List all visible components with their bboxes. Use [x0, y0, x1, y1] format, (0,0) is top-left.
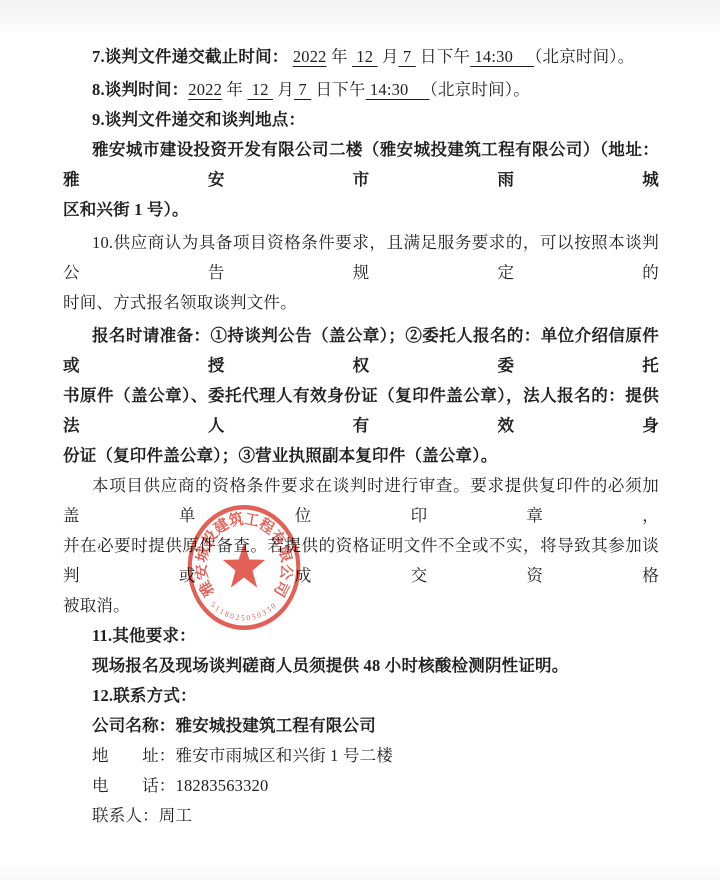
text-segment: 并在必要时提供原件备查。若提供的资格证明文件不全或不实，将导致其参加谈判或成交资… — [63, 536, 659, 585]
text-segment: 份证（复印件盖公章）；③营业执照副本复印件（盖公章）。 — [63, 446, 497, 465]
text-segment: 2022 — [188, 80, 222, 99]
text-segment: 12 — [352, 47, 378, 66]
review-line-3: 被取消。 — [63, 591, 659, 621]
phone-line: 电 话：18283563320 — [63, 771, 659, 801]
text-segment: 10.供应商认为具备项目资格条件要求，且满足服务要求的，可以按照本谈判公告规定的 — [63, 233, 659, 282]
text-segment: 现场报名及现场谈判磋商人员须提供 48 小时核酸检测阴性证明。 — [92, 656, 568, 675]
text-segment: 7 — [294, 80, 311, 99]
text-segment: （北京时间）。 — [430, 80, 530, 99]
text-segment: 9.谈判文件递交和谈判地点： — [92, 110, 305, 129]
text-segment: 报名时请准备：①持谈判公告（盖公章）；②委托人报名的：单位介绍信原件或授权委托 — [63, 326, 659, 375]
company-name-line: 公司名称：雅安城投建筑工程有限公司 — [63, 711, 659, 741]
text-segment: 被取消。 — [63, 596, 130, 615]
item-10-line-2: 时间、方式报名领取谈判文件。 — [63, 288, 659, 318]
text-segment: 日下午 — [416, 47, 470, 66]
item-7: 7.谈判文件递交截止时间： 2022 年 12 月 7 日下午 14:30 （北… — [63, 42, 659, 72]
text-segment: 年 — [222, 80, 247, 99]
text-segment: 区和兴街 1 号）。 — [63, 200, 189, 219]
signup-line-3: 份证（复印件盖公章）；③营业执照副本复印件（盖公章）。 — [63, 441, 659, 471]
signup-line-1: 报名时请准备：①持谈判公告（盖公章）；②委托人报名的：单位介绍信原件或授权委托 — [63, 321, 659, 381]
item-12: 12.联系方式： — [63, 681, 659, 711]
text-segment: 公司名称：雅安城投建筑工程有限公司 — [92, 716, 376, 735]
text-segment: 8.谈判时间： — [92, 80, 188, 99]
text-segment: 7 — [399, 47, 416, 66]
text-segment: 本项目供应商的资格条件要求在谈判时进行审查。要求提供复印件的必须加盖单位印章， — [63, 476, 659, 525]
text-segment: 电 话：18283563320 — [92, 776, 268, 795]
location-line-1: 雅安城市建设投资开发有限公司二楼（雅安城投建筑工程有限公司）（地址：雅安市雨城 — [63, 135, 659, 195]
scan-shading-bottom — [0, 862, 720, 880]
item-8: 8.谈判时间：2022 年 12 月 7 日下午 14:30 （北京时间）。 — [63, 75, 659, 105]
text-segment: 雅安城市建设投资开发有限公司二楼（雅安城投建筑工程有限公司）（地址：雅安市雨城 — [63, 140, 659, 189]
text-segment: 时间、方式报名领取谈判文件。 — [63, 293, 297, 312]
text-segment: 书原件（盖公章）、委托代理人有效身份证（复印件盖公章），法人报名的：提供法人有效… — [63, 386, 659, 435]
review-line-2: 并在必要时提供原件备查。若提供的资格证明文件不全或不实，将导致其参加谈判或成交资… — [63, 531, 659, 591]
text-segment: 7.谈判文件递交截止时间： — [92, 47, 293, 66]
text-segment: 月 — [273, 80, 294, 99]
location-line-2: 区和兴街 1 号）。 — [63, 195, 659, 225]
text-segment: 14:30 — [470, 47, 534, 66]
text-segment: 14:30 — [366, 80, 430, 99]
item-11: 11.其他要求： — [63, 621, 659, 651]
covid-requirement: 现场报名及现场谈判磋商人员须提供 48 小时核酸检测阴性证明。 — [63, 651, 659, 681]
address-line: 地 址：雅安市雨城区和兴街 1 号二楼 — [63, 741, 659, 771]
text-segment: 月 — [378, 47, 399, 66]
text-segment: 11.其他要求： — [92, 626, 196, 645]
text-segment: 年 — [327, 47, 352, 66]
text-segment: 日下午 — [311, 80, 365, 99]
scanned-document-page: 7.谈判文件递交截止时间： 2022 年 12 月 7 日下午 14:30 （北… — [0, 0, 720, 880]
text-segment: 地 址：雅安市雨城区和兴街 1 号二楼 — [92, 746, 393, 765]
text-segment: 联系人：周工 — [92, 806, 192, 825]
contact-person-line: 联系人：周工 — [63, 801, 659, 831]
star-icon — [223, 543, 266, 588]
text-segment: （北京时间）。 — [534, 47, 634, 66]
company-seal: 雅安城投建筑工程有限公司 5118025050330 — [185, 502, 303, 633]
item-10-line-1: 10.供应商认为具备项目资格条件要求，且满足服务要求的，可以按照本谈判公告规定的 — [63, 228, 659, 288]
signup-line-2: 书原件（盖公章）、委托代理人有效身份证（复印件盖公章），法人报名的：提供法人有效… — [63, 381, 659, 441]
document-body: 7.谈判文件递交截止时间： 2022 年 12 月 7 日下午 14:30 （北… — [63, 42, 659, 831]
text-segment: 12 — [247, 80, 273, 99]
text-segment: 12.联系方式： — [92, 686, 197, 705]
item-9: 9.谈判文件递交和谈判地点： — [63, 105, 659, 135]
text-segment: 2022 — [293, 47, 327, 66]
review-line-1: 本项目供应商的资格条件要求在谈判时进行审查。要求提供复印件的必须加盖单位印章， — [63, 471, 659, 531]
scan-shading-top — [0, 0, 720, 44]
